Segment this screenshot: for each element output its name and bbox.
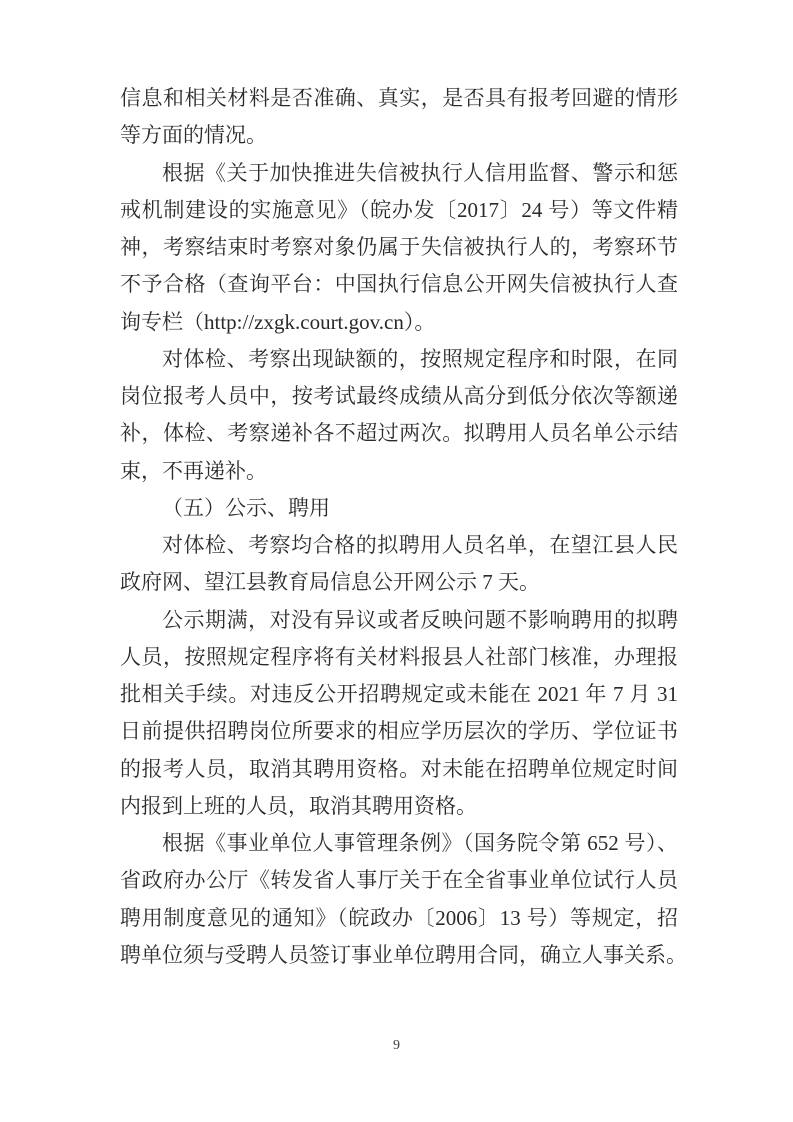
text-line: （五）公示、聘用	[120, 490, 678, 527]
heading-section-five-publicity-employment: （五）公示、聘用	[120, 490, 678, 527]
text-line: 省政府办公厅《转发省人事厅关于在全省事业单位试行人员	[120, 862, 678, 899]
page-number: 9	[393, 1038, 400, 1053]
text-line: 信息和相关材料是否准确、真实，是否具有报考回避的情形	[120, 80, 678, 117]
page-footer: 9	[0, 1036, 793, 1056]
para-employment-contract: 根据《事业单位人事管理条例》（国务院令第 652 号）、省政府办公厅《转发省人事…	[120, 825, 678, 974]
document-page: 信息和相关材料是否准确、真实，是否具有报考回避的情形等方面的情况。根据《关于加快…	[0, 0, 793, 1122]
text-line: 神，考察结束时考察对象仍属于失信被执行人的，考察环节	[120, 229, 678, 266]
para-inspection-carryover: 信息和相关材料是否准确、真实，是否具有报考回避的情形等方面的情况。	[120, 80, 678, 155]
text-line: 岗位报考人员中，按考试最终成绩从高分到低分依次等额递	[120, 378, 678, 415]
text-line: 束，不再递补。	[120, 453, 678, 490]
text-line: 人员，按照规定程序将有关材料报县人社部门核准，办理报	[120, 639, 678, 676]
para-vacancy-replacement: 对体检、考察出现缺额的，按照规定程序和时限，在同岗位报考人员中，按考试最终成绩从…	[120, 341, 678, 490]
text-line: 的报考人员，取消其聘用资格。对未能在招聘单位规定时间	[120, 751, 678, 788]
text-line: 聘用制度意见的通知》（皖政办〔2006〕13 号）等规定，招	[120, 900, 678, 937]
text-line: 不予合格（查询平台：中国执行信息公开网失信被执行人查	[120, 266, 678, 303]
para-publicity-period: 对体检、考察均合格的拟聘用人员名单，在望江县人民政府网、望江县教育局信息公开网公…	[120, 527, 678, 602]
text-line: 根据《事业单位人事管理条例》（国务院令第 652 号）、	[120, 825, 678, 862]
text-line: 日前提供招聘岗位所要求的相应学历层次的学历、学位证书	[120, 713, 678, 750]
text-line: 戒机制建设的实施意见》（皖办发〔2017〕24 号）等文件精	[120, 192, 678, 229]
text-line: 内报到上班的人员，取消其聘用资格。	[120, 788, 678, 825]
text-line: 补，体检、考察递补各不超过两次。拟聘用人员名单公示结	[120, 415, 678, 452]
para-approval-and-disqualification: 公示期满，对没有异议或者反映问题不影响聘用的拟聘人员，按照规定程序将有关材料报县…	[120, 602, 678, 826]
text-line: 根据《关于加快推进失信被执行人信用监督、警示和惩	[120, 155, 678, 192]
text-line: 聘单位须与受聘人员签订事业单位聘用合同，确立人事关系。	[120, 937, 678, 974]
document-body: 信息和相关材料是否准确、真实，是否具有报考回避的情形等方面的情况。根据《关于加快…	[120, 80, 678, 974]
text-line: 对体检、考察均合格的拟聘用人员名单，在望江县人民	[120, 527, 678, 564]
text-line: 批相关手续。对违反公开招聘规定或未能在 2021 年 7 月 31	[120, 676, 678, 713]
text-line: 政府网、望江县教育局信息公开网公示 7 天。	[120, 564, 678, 601]
text-line: 询专栏（http://zxgk.court.gov.cn）。	[120, 304, 678, 341]
text-line: 对体检、考察出现缺额的，按照规定程序和时限，在同	[120, 341, 678, 378]
text-line: 公示期满，对没有异议或者反映问题不影响聘用的拟聘	[120, 602, 678, 639]
text-line: 等方面的情况。	[120, 117, 678, 154]
para-dishonest-executee-policy: 根据《关于加快推进失信被执行人信用监督、警示和惩戒机制建设的实施意见》（皖办发〔…	[120, 155, 678, 341]
